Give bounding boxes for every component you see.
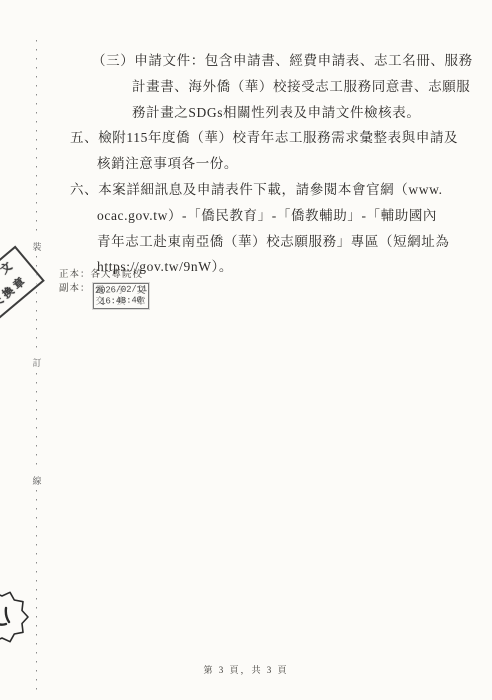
body-line: 計畫書、海外僑（華）校接受志工服務同意書、志願服 [70,74,470,100]
body-line: 五、檢附115年度僑（華）校青年志工服務需求彙整表與申請及 [70,125,470,151]
electronic-exchange-stamp-icon: 電 子 文 交 換 章 2026/02/11 16:48:40 [93,283,149,309]
binding-char-zhuang: 裝 [31,238,43,255]
body-line: （三）申請文件：包含申請書、經費申請表、志工名冊、服務 [70,48,470,74]
partial-circular-seal-icon [0,588,30,648]
body-line: 青年志工赴東南亞僑（華）校志願服務」專區（短網址為 [70,229,470,255]
tilted-exchange-stamp-icon: 電子文 交換章 [0,246,45,325]
cc-copy-label: 副本： [59,282,91,296]
body-line: ocac.gov.tw）-「僑民教育」-「僑教輔助」-「輔助國內 [70,203,470,229]
document-page: 裝 訂 線 電子文 交換章 （三）申請文件：包含申請書、經費申請表、志工名冊、服… [0,0,492,700]
letter-body: （三）申請文件：包含申請書、經費申請表、志工名冊、服務 計畫書、海外僑（華）校接… [70,48,470,280]
body-line: 核銷注意事項各一份。 [70,151,470,177]
distribution-block: 正本： 各大專院校 副本： 電 子 文 交 換 章 2026/02/11 16:… [59,268,149,309]
stamp-date: 2026/02/11 [94,285,146,296]
body-line: 務計畫之SDGs相關性列表及申請文件檢核表。 [70,100,470,126]
page-number: 第 3 頁，共 3 頁 [0,663,492,676]
body-line: 六、本案詳細訊息及申請表件下載，請參閱本會官網（www. [70,177,470,203]
stamp-time: 16:48:40 [100,296,142,306]
original-copy-value: 各大專院校 [91,268,144,282]
original-copy-label: 正本： [59,268,91,282]
binding-char-ding: 訂 [31,354,43,371]
binding-char-xian: 線 [31,472,43,489]
